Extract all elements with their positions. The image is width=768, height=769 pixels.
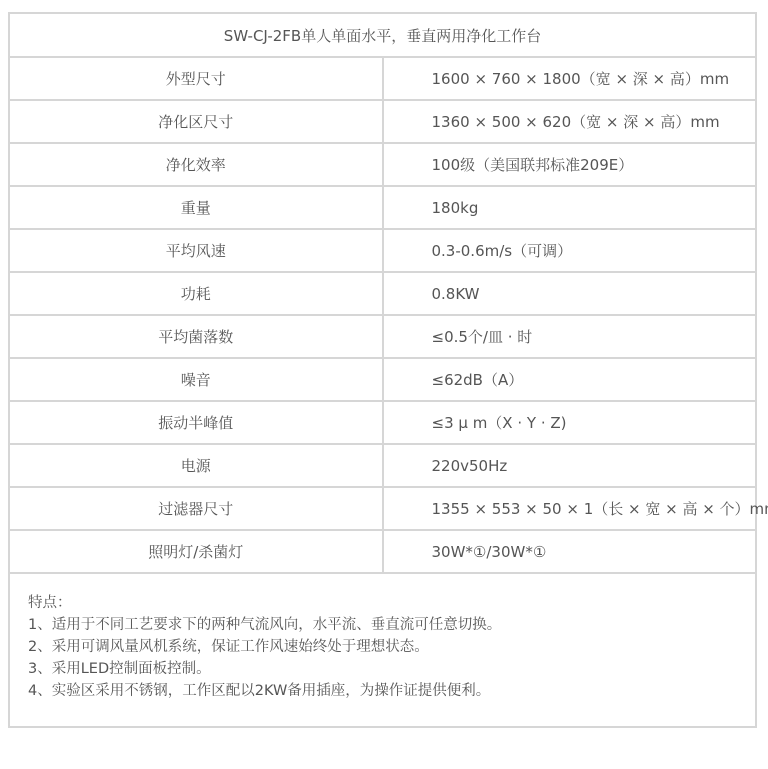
- feature-item: 2、采用可调风量风机系统，保证工作风速始终处于理想状态。: [28, 636, 737, 658]
- table-row: 噪音 ≤62dB（A）: [10, 358, 755, 401]
- table-row: 电源 220v50Hz: [10, 444, 755, 487]
- table-row: 平均菌落数 ≤0.5个/皿 · 时: [10, 315, 755, 358]
- spec-label: 外型尺寸: [10, 57, 383, 100]
- spec-value: 1360 × 500 × 620（宽 × 深 × 高）mm: [383, 100, 756, 143]
- table-row: 功耗 0.8KW: [10, 272, 755, 315]
- features-heading: 特点：: [28, 592, 737, 614]
- spec-label: 平均菌落数: [10, 315, 383, 358]
- table-row: 外型尺寸 1600 × 760 × 1800（宽 × 深 × 高）mm: [10, 57, 755, 100]
- spec-label: 电源: [10, 444, 383, 487]
- table-row: 过滤器尺寸 1355 × 553 × 50 × 1（长 × 宽 × 高 × 个）…: [10, 487, 755, 530]
- spec-value: 1355 × 553 × 50 × 1（长 × 宽 × 高 × 个）mm: [383, 487, 756, 530]
- spec-label: 照明灯/杀菌灯: [10, 530, 383, 573]
- product-title: SW-CJ-2FB单人单面水平，垂直两用净化工作台: [10, 14, 755, 57]
- spec-value: 1600 × 760 × 1800（宽 × 深 × 高）mm: [383, 57, 756, 100]
- spec-label: 重量: [10, 186, 383, 229]
- spec-value: 220v50Hz: [383, 444, 756, 487]
- spec-value: 180kg: [383, 186, 756, 229]
- feature-item: 4、实验区采用不锈钢，工作区配以2KW备用插座，为操作证提供便利。: [28, 680, 737, 702]
- features-section: 特点： 1、适用于不同工艺要求下的两种气流风向，水平流、垂直流可任意切换。 2、…: [10, 574, 755, 726]
- table-row: 净化效率 100级（美国联邦标准209E）: [10, 143, 755, 186]
- spec-value: 0.8KW: [383, 272, 756, 315]
- feature-item: 1、适用于不同工艺要求下的两种气流风向，水平流、垂直流可任意切换。: [28, 614, 737, 636]
- spec-table: SW-CJ-2FB单人单面水平，垂直两用净化工作台 外型尺寸 1600 × 76…: [10, 14, 755, 574]
- spec-label: 振动半峰值: [10, 401, 383, 444]
- spec-label: 净化效率: [10, 143, 383, 186]
- table-row: 振动半峰值 ≤3 μ m（X · Y · Z): [10, 401, 755, 444]
- spec-label: 噪音: [10, 358, 383, 401]
- spec-sheet: SW-CJ-2FB单人单面水平，垂直两用净化工作台 外型尺寸 1600 × 76…: [8, 12, 757, 728]
- spec-label: 净化区尺寸: [10, 100, 383, 143]
- spec-value: ≤62dB（A）: [383, 358, 756, 401]
- spec-label: 功耗: [10, 272, 383, 315]
- spec-label: 平均风速: [10, 229, 383, 272]
- title-row: SW-CJ-2FB单人单面水平，垂直两用净化工作台: [10, 14, 755, 57]
- feature-item: 3、采用LED控制面板控制。: [28, 658, 737, 680]
- table-row: 重量 180kg: [10, 186, 755, 229]
- spec-value: 30W*①/30W*①: [383, 530, 756, 573]
- table-row: 平均风速 0.3-0.6m/s（可调）: [10, 229, 755, 272]
- spec-label: 过滤器尺寸: [10, 487, 383, 530]
- spec-value: 100级（美国联邦标准209E）: [383, 143, 756, 186]
- spec-value: ≤0.5个/皿 · 时: [383, 315, 756, 358]
- spec-value: ≤3 μ m（X · Y · Z): [383, 401, 756, 444]
- spec-value: 0.3-0.6m/s（可调）: [383, 229, 756, 272]
- table-row: 照明灯/杀菌灯 30W*①/30W*①: [10, 530, 755, 573]
- table-row: 净化区尺寸 1360 × 500 × 620（宽 × 深 × 高）mm: [10, 100, 755, 143]
